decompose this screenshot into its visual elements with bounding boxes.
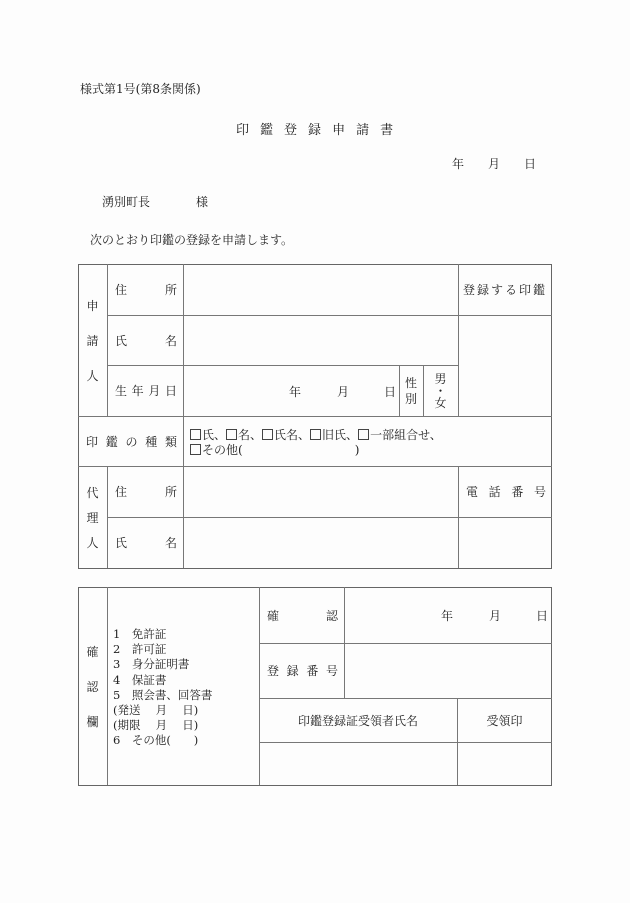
document-item: 3 身分証明書: [113, 657, 212, 672]
checkbox-icon[interactable]: [358, 429, 369, 440]
label-char: 住: [115, 483, 127, 500]
label-char: 人: [86, 534, 98, 551]
applicant-group-label: 申 請 人: [78, 264, 107, 416]
label-char: 性: [405, 375, 417, 391]
label-char: 氏: [115, 534, 127, 551]
separator: ・: [434, 385, 446, 397]
option-label: その他(: [202, 443, 243, 457]
option-full-name[interactable]: 氏名、: [262, 428, 310, 442]
birth-day-unit: 日: [384, 383, 396, 400]
seal-type-label: 印 鑑 の 種 類: [78, 416, 183, 466]
birth-month-unit: 月: [337, 383, 349, 400]
option-partial-combination[interactable]: 一部組合せ、: [358, 428, 442, 442]
option-given-name[interactable]: 名、: [226, 428, 262, 442]
option-male[interactable]: 男: [434, 373, 446, 385]
option-former-surname[interactable]: 旧氏、: [310, 428, 358, 442]
label-char: 氏: [115, 332, 127, 349]
label-char: 認: [86, 678, 98, 695]
paren-close: ): [355, 443, 360, 457]
date-month: 月: [488, 155, 500, 172]
confirmation-group-label: 確 認 欄: [78, 587, 107, 785]
document-item: 6 その他( ): [113, 733, 212, 748]
sex-options[interactable]: 男 ・ 女: [423, 365, 458, 416]
label-char: 申: [86, 297, 98, 314]
agent-group-label: 代 理 人: [78, 466, 107, 568]
title-char: 印: [236, 119, 249, 138]
checkbox-icon[interactable]: [190, 429, 201, 440]
label-char: 所: [165, 281, 177, 298]
document-item: 4 保証書: [113, 673, 212, 688]
confirm-date-field[interactable]: 年 月 日: [345, 588, 551, 643]
label-char: 印: [86, 433, 98, 450]
agent-address-field[interactable]: [184, 467, 458, 517]
honorific: 様: [196, 193, 208, 210]
label-char: 住: [115, 281, 127, 298]
receiver-name-label: 印鑑登録証受領者氏名: [259, 698, 457, 742]
title-char: 請: [356, 119, 369, 138]
label-char: 類: [165, 433, 177, 450]
birthdate-label: 生 年 月 日: [107, 365, 183, 416]
applicant-address-label: 住 所: [107, 264, 183, 315]
option-female[interactable]: 女: [434, 397, 446, 409]
date-day: 日: [524, 155, 536, 172]
label-char: 請: [86, 332, 98, 349]
checkbox-icon[interactable]: [310, 429, 321, 440]
seal-impression-field[interactable]: [459, 316, 551, 416]
seal-label: 登録する印鑑: [458, 264, 552, 315]
phone-label: 電 話 番 号: [458, 466, 552, 517]
registration-number-label: 登 録 番 号: [259, 643, 344, 698]
label-char: 所: [165, 483, 177, 500]
receiver-name-field[interactable]: [260, 743, 457, 785]
label-char: 名: [165, 534, 177, 551]
receipt-seal-field[interactable]: [458, 743, 551, 785]
label-char: 話: [489, 483, 501, 500]
label-char: 種: [145, 433, 157, 450]
document-item: (期限 月 日): [113, 718, 212, 733]
label-char: 番: [511, 483, 523, 500]
label-char: 欄: [86, 713, 98, 730]
registration-number-field[interactable]: [345, 644, 551, 698]
title-char: 申: [332, 119, 345, 138]
document-list: 1 免許証 2 許可証 3 身分証明書 4 保証書 5 照会書、回答書 (発送 …: [113, 627, 212, 749]
confirm-year-unit: 年: [441, 607, 453, 624]
option-label: 一部組合せ、: [370, 428, 442, 442]
document-item: 2 許可証: [113, 642, 212, 657]
checkbox-icon[interactable]: [226, 429, 237, 440]
title-char: 録: [308, 119, 321, 138]
option-label: 名、: [238, 428, 262, 442]
agent-address-label: 住 所: [107, 466, 183, 517]
option-other[interactable]: その他(: [190, 443, 243, 457]
birthdate-field[interactable]: 年 月 日: [184, 366, 399, 416]
label-char: 電: [466, 483, 478, 500]
title-char: 登: [284, 119, 297, 138]
label-char: 確: [86, 643, 98, 660]
application-date[interactable]: 年 月 日: [452, 155, 536, 172]
agent-name-field[interactable]: [184, 518, 458, 568]
label-char: 月: [148, 382, 160, 399]
option-surname[interactable]: 氏、: [190, 428, 226, 442]
option-label: 氏名、: [274, 428, 310, 442]
applicant-address-field[interactable]: [184, 265, 458, 315]
label-char: 代: [86, 484, 98, 501]
option-label: 旧氏、: [322, 428, 358, 442]
confirm-month-unit: 月: [489, 607, 501, 624]
label-char: 別: [405, 391, 417, 407]
label-char: 生: [115, 382, 127, 399]
document-item: (発送 月 日): [113, 703, 212, 718]
label-char: の: [125, 433, 137, 450]
birth-year-unit: 年: [289, 383, 301, 400]
label-char: 年: [132, 382, 144, 399]
label-char: 番: [306, 662, 318, 679]
label-char: 理: [86, 509, 98, 526]
intro-text: 次のとおり印鑑の登録を申請します。: [90, 231, 293, 248]
agent-name-label: 氏 名: [107, 517, 183, 568]
label-char: 名: [165, 332, 177, 349]
applicant-name-label: 氏 名: [107, 315, 183, 365]
label-char: 人: [86, 367, 98, 384]
label-char: 確: [267, 607, 279, 624]
confirm-day-unit: 日: [536, 607, 548, 624]
document-item: 5 照会書、回答書: [113, 688, 212, 703]
phone-field[interactable]: [459, 518, 551, 568]
seal-type-options: 氏、名、氏名、旧氏、一部組合せ、 その他(): [190, 428, 442, 458]
page-title: 印 鑑 登 録 申 請 書: [236, 119, 393, 138]
option-label: 氏、: [202, 428, 226, 442]
confirm-label: 確 認: [259, 587, 344, 643]
title-char: 鑑: [260, 119, 273, 138]
date-year: 年: [452, 155, 464, 172]
checkbox-icon[interactable]: [190, 444, 201, 455]
label-char: 号: [326, 662, 338, 679]
sex-label: 性 別: [399, 365, 423, 416]
label-char: 録: [287, 662, 299, 679]
document-item: 1 免許証: [113, 627, 212, 642]
label-char: 日: [165, 382, 177, 399]
form-number: 様式第1号(第8条関係): [80, 80, 201, 97]
title-char: 書: [380, 119, 393, 138]
label-char: 登: [267, 662, 279, 679]
receipt-seal-label: 受領印: [457, 698, 552, 742]
applicant-name-field[interactable]: [184, 316, 458, 365]
label-char: 認: [326, 607, 338, 624]
label-char: 号: [534, 483, 546, 500]
label-char: 鑑: [106, 433, 118, 450]
addressee: 湧別町長: [102, 193, 150, 210]
checkbox-icon[interactable]: [262, 429, 273, 440]
